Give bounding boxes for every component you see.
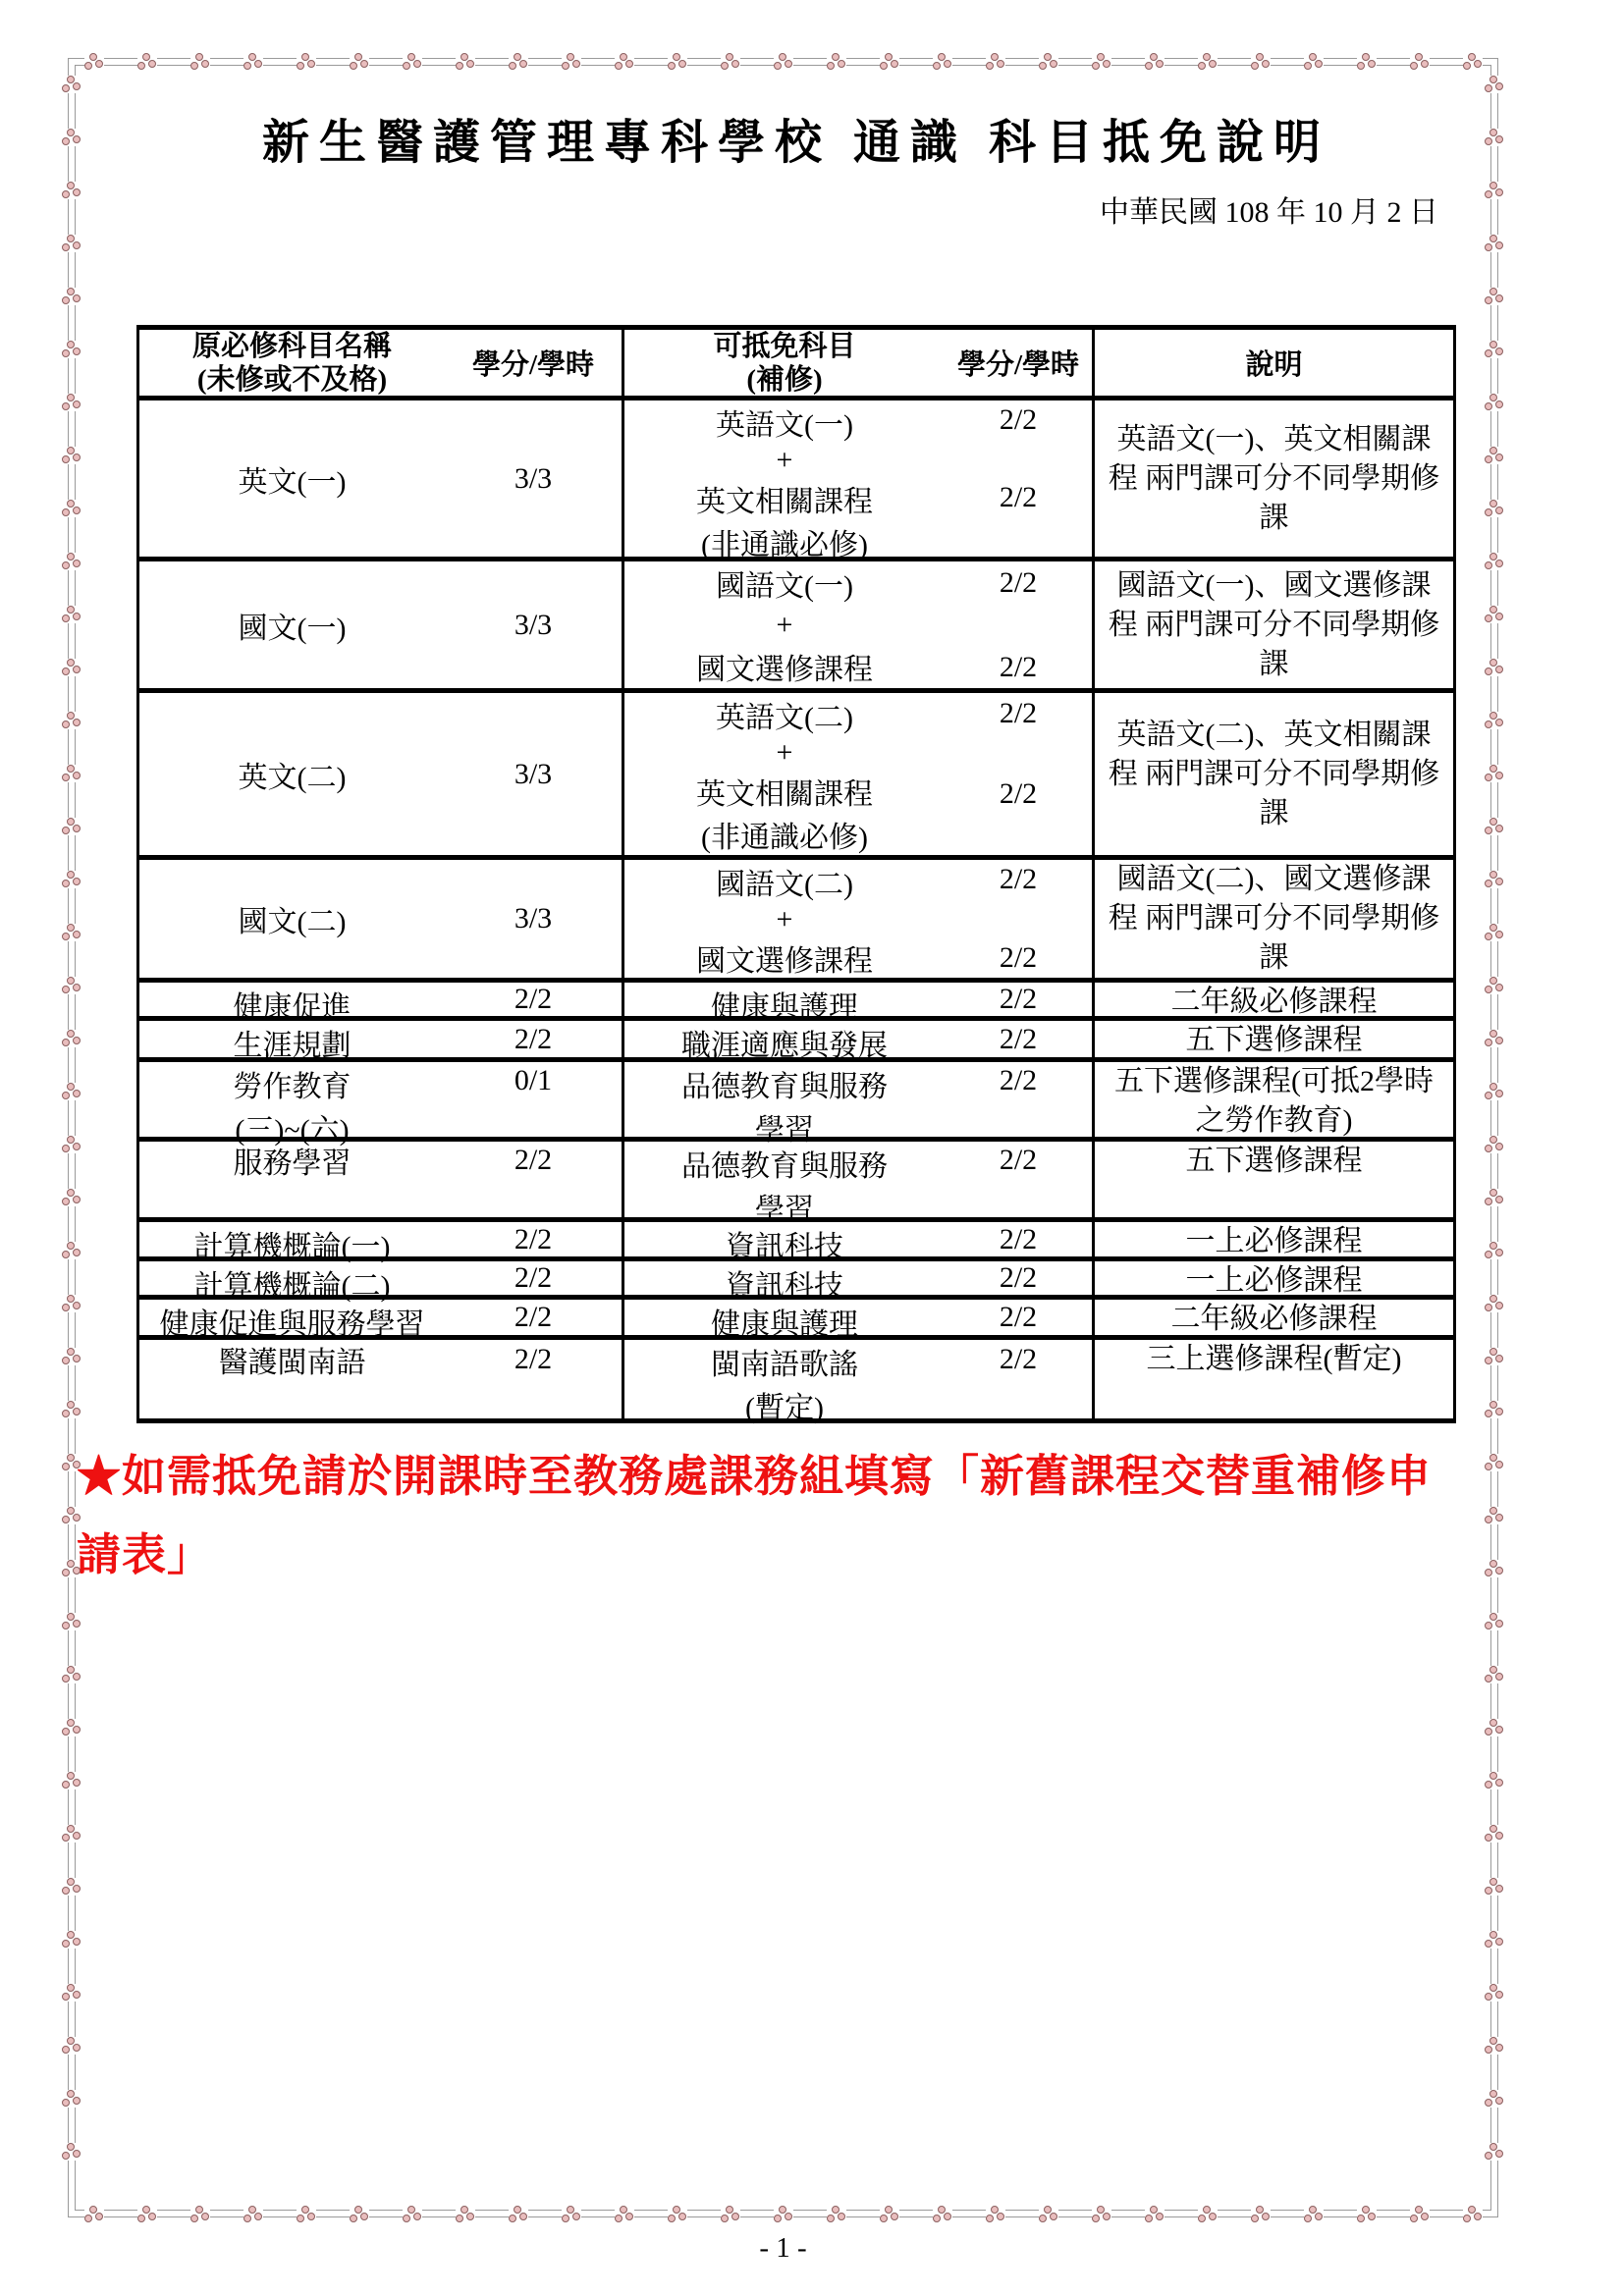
flower-dots-ornament	[1251, 2206, 1271, 2223]
ornament-dot	[190, 2215, 198, 2222]
header-credits-hours-1: 學分/學時	[445, 330, 622, 396]
original-course-cell: 服務學習	[139, 1142, 445, 1217]
ornament-dot	[1485, 243, 1492, 251]
footnote: ★如需抵免請於開課時至教務處課務組填寫「新舊課程交替重補修申請表」	[77, 1437, 1453, 1594]
flower-dots-ornament	[1485, 1507, 1504, 1524]
replacement-course-cell: 英語文(一)+英文相關課程(非通識必修)	[624, 400, 945, 557]
ornament-dot	[1485, 1357, 1492, 1364]
ornament-dot	[731, 2213, 739, 2220]
ornament-dot	[997, 2213, 1004, 2220]
flower-dots-ornament	[350, 2206, 369, 2223]
ornament-dot	[1495, 1355, 1503, 1362]
replacement-credits: 2/2	[945, 561, 1092, 604]
ornament-dot	[73, 1620, 81, 1628]
original-course-cell: 國文(一)	[139, 561, 445, 688]
flower-dots-ornament	[62, 659, 81, 676]
flower-dots-ornament	[62, 1666, 81, 1683]
flower-dots-ornament	[62, 182, 81, 199]
header-original-course-line2: (未修或不及格)	[139, 363, 445, 397]
ornament-dot	[62, 1569, 70, 1576]
ornament-dot	[456, 2215, 463, 2222]
flower-dots-ornament	[1485, 659, 1504, 676]
ornament-dot	[1495, 82, 1503, 90]
ornament-dot	[1495, 825, 1503, 832]
page-content: 新生醫護管理專科學校 通識 科目抵免說明 中華民國 108 年 10 月 2 日…	[136, 0, 1456, 1594]
ornament-dot	[73, 507, 81, 514]
ornament-dot	[827, 2215, 835, 2222]
original-credits-cell: 2/2	[445, 983, 622, 1016]
ornament-dot	[1145, 2215, 1153, 2222]
ornament-dot	[1495, 1779, 1503, 1787]
original-credits-cell: 2/2	[445, 1142, 622, 1217]
flower-dots-ornament	[1485, 235, 1504, 252]
replacement-course-cell: 健康與護理	[624, 983, 945, 1016]
flower-dots-ornament	[84, 53, 104, 71]
ornament-dot	[1039, 2215, 1047, 2222]
ornament-dot	[1495, 613, 1503, 620]
ornament-dot	[62, 84, 70, 92]
flower-dots-ornament	[62, 1878, 81, 1896]
ornament-dot	[1485, 1516, 1492, 1523]
flower-dots-ornament	[62, 553, 81, 570]
ornament-dot	[1050, 2213, 1057, 2220]
ornament-dot	[73, 135, 81, 143]
ornament-dot	[1368, 2213, 1376, 2220]
flower-dots-ornament	[1485, 1666, 1504, 1683]
flower-dots-ornament	[562, 2206, 581, 2223]
ornament-dot	[1485, 561, 1492, 569]
ornament-dot	[1485, 1251, 1492, 1258]
flower-dots-ornament	[62, 871, 81, 888]
ornament-dot	[62, 1145, 70, 1152]
ornament-dot	[1474, 60, 1482, 68]
flower-dots-ornament	[62, 1401, 81, 1418]
ornament-dot	[1485, 1781, 1492, 1789]
replacement-course-name: 資訊科技	[624, 1261, 945, 1305]
row-description: 二年級必修課程	[1095, 983, 1453, 1022]
ornament-dot	[73, 613, 81, 620]
flower-dots-ornament	[668, 2206, 687, 2223]
ornament-dot	[73, 1779, 81, 1787]
ornament-dot	[1463, 2215, 1471, 2222]
ornament-dot	[62, 933, 70, 940]
ornament-dot	[838, 2213, 845, 2220]
ornament-dot	[1463, 62, 1471, 70]
original-credits: 2/2	[445, 1021, 622, 1057]
replacement-credits: 2/2	[945, 1261, 1092, 1295]
replacement-course-name: +	[624, 736, 945, 770]
replacement-course-name: 英語文(一)	[624, 400, 945, 444]
header-replacement-course-line2: (補修)	[624, 363, 945, 397]
ornament-dot	[62, 1039, 70, 1046]
flower-dots-ornament	[1485, 394, 1504, 411]
replacement-credits: 2/2	[945, 400, 1092, 440]
ornament-dot	[1485, 1569, 1492, 1576]
ornament-dot	[201, 2213, 209, 2220]
replacement-course-name: 英文相關課程	[624, 770, 945, 813]
flower-dots-ornament	[1485, 1772, 1504, 1789]
flower-dots-ornament	[62, 1030, 81, 1047]
row-description: 三上選修課程(暫定)	[1095, 1340, 1453, 1379]
flower-dots-ornament	[62, 818, 81, 835]
original-credits: 3/3	[445, 462, 622, 496]
ornament-dot	[1485, 880, 1492, 887]
ornament-dot	[73, 1302, 81, 1309]
ornament-dot	[1485, 1198, 1492, 1205]
flower-dots-ornament	[1092, 2206, 1111, 2223]
ornament-dot	[1209, 2213, 1217, 2220]
ornament-dot	[1485, 667, 1492, 675]
replacement-course-name: 國文選修課程	[624, 645, 945, 688]
ornament-dot	[519, 2213, 527, 2220]
ornament-dot	[944, 2213, 951, 2220]
flower-dots-ornament	[880, 2206, 899, 2223]
original-course-name: 服務學習	[139, 1142, 445, 1180]
row-description: 英語文(二)、英文相關課程 兩門課可分不同學期修課	[1095, 716, 1453, 833]
replacement-course-name: 資訊科技	[624, 1222, 945, 1265]
ornament-dot	[1495, 772, 1503, 779]
ornament-dot	[1495, 1726, 1503, 1734]
ornament-dot	[1485, 774, 1492, 781]
ornament-dot	[1198, 2215, 1206, 2222]
flower-dots-ornament	[1485, 871, 1504, 888]
flower-dots-ornament	[1485, 1401, 1504, 1418]
ornament-dot	[1495, 1143, 1503, 1150]
ornament-dot	[62, 827, 70, 834]
row-description-cell: 國語文(二)、國文選修課程 兩門課可分不同學期修課	[1095, 860, 1453, 978]
ornament-dot	[73, 2150, 81, 2158]
ornament-dot	[62, 2099, 70, 2107]
ornament-dot	[62, 1410, 70, 1417]
row-description: 五下選修課程	[1095, 1142, 1453, 1181]
ornament-dot	[62, 190, 70, 198]
original-course-cell: 生涯規劃	[139, 1021, 445, 1057]
course-row: 英文(二)3/3英語文(二)+英文相關課程(非通識必修)2/22/2英語文(二)…	[139, 693, 1453, 860]
ornament-dot	[62, 2152, 70, 2160]
original-credits: 2/2	[445, 1261, 622, 1295]
ornament-dot	[62, 1251, 70, 1258]
flower-dots-ornament	[1485, 1825, 1504, 1842]
replacement-course-name: (非通識必修)	[624, 520, 945, 563]
ornament-dot	[1495, 400, 1503, 408]
replacement-course-name: (非通識必修)	[624, 813, 945, 856]
row-description-cell: 一上必修課程	[1095, 1261, 1453, 1295]
original-course-name: 英文(二)	[139, 753, 445, 796]
flower-dots-ornament	[62, 1772, 81, 1789]
ornament-dot	[891, 2213, 898, 2220]
ornament-dot	[62, 1463, 70, 1470]
replacement-credits-cell: 2/2	[945, 983, 1092, 1016]
flower-dots-ornament	[62, 1295, 81, 1312]
ornament-dot	[1485, 402, 1492, 410]
ornament-dot	[572, 2213, 580, 2220]
ornament-dot	[668, 2215, 676, 2222]
flower-dots-ornament	[62, 394, 81, 411]
ornament-dot	[1485, 1304, 1492, 1311]
ornament-dot	[62, 1728, 70, 1735]
ornament-dot	[62, 1675, 70, 1682]
original-course-name: 英文(一)	[139, 457, 445, 501]
flower-dots-ornament	[456, 2206, 475, 2223]
ornament-dot	[95, 60, 103, 68]
ornament-dot	[62, 1834, 70, 1842]
original-course-name: 生涯規劃	[139, 1021, 445, 1064]
ornament-dot	[1495, 984, 1503, 991]
ornament-dot	[73, 1408, 81, 1415]
flower-dots-ornament	[62, 765, 81, 782]
ornament-dot	[360, 2213, 368, 2220]
flower-dots-ornament	[62, 606, 81, 623]
ornament-dot	[1495, 1620, 1503, 1628]
ornament-dot	[1495, 931, 1503, 938]
ornament-dot	[73, 825, 81, 832]
flower-dots-ornament	[774, 2206, 793, 2223]
flower-dots-ornament	[297, 2206, 316, 2223]
ornament-dot	[413, 2213, 421, 2220]
ornament-dot	[1495, 347, 1503, 355]
ornament-dot	[1485, 455, 1492, 463]
flower-dots-ornament	[1485, 1348, 1504, 1365]
original-course-name: 健康促進	[139, 983, 445, 1026]
row-description: 一上必修課程	[1095, 1222, 1453, 1261]
flower-dots-ornament	[1485, 1931, 1504, 1949]
flower-dots-ornament	[1485, 1189, 1504, 1206]
replacement-course-cell: 品德教育與服務學習	[624, 1142, 945, 1217]
replacement-credits-cell: 2/22/2	[945, 860, 1092, 978]
ornament-dot	[1485, 1039, 1492, 1046]
ornament-dot	[73, 1938, 81, 1946]
replacement-credits-cell: 2/2	[945, 1222, 1092, 1256]
original-credits-cell: 2/2	[445, 1300, 622, 1335]
flower-dots-ornament	[1485, 1719, 1504, 1736]
course-row: 計算機概論(一)2/2資訊科技2/2一上必修課程	[139, 1222, 1453, 1261]
replacement-course-name: 閩南語歌謠	[624, 1340, 945, 1383]
replacement-credits: 2/2	[945, 693, 1092, 733]
original-course-cell: 健康促進	[139, 983, 445, 1016]
flower-dots-ornament	[1463, 2206, 1483, 2223]
ornament-dot	[1495, 1991, 1503, 1999]
replacement-credits-cell: 2/22/2	[945, 693, 1092, 855]
ornament-dot	[73, 294, 81, 302]
row-description: 二年級必修課程	[1095, 1300, 1453, 1339]
ornament-dot	[1485, 508, 1492, 516]
original-credits: 2/2	[445, 1142, 622, 1180]
row-description-cell: 二年級必修課程	[1095, 1300, 1453, 1335]
ornament-dot	[1357, 2215, 1365, 2222]
replacement-credits: 2/2	[945, 1222, 1092, 1256]
flower-dots-ornament	[62, 2090, 81, 2108]
original-credits-cell: 0/1	[445, 1062, 622, 1137]
ornament-dot	[1485, 1728, 1492, 1735]
document-page: { "page": { "title": "新生醫護管理專科學校 通識 科目抵免…	[0, 0, 1624, 2296]
ornament-dot	[785, 2213, 792, 2220]
ornament-dot	[73, 1196, 81, 1203]
ornament-dot	[774, 2215, 782, 2222]
flower-dots-ornament	[62, 76, 81, 93]
replacement-credits-cell: 2/2	[945, 1300, 1092, 1335]
ornament-dot	[1485, 1887, 1492, 1895]
replacement-course-name: 品德教育與服務	[624, 1142, 945, 1185]
replacement-credits: 2/2	[945, 938, 1092, 978]
flower-dots-ornament	[62, 341, 81, 358]
ornament-dot	[62, 721, 70, 728]
ornament-dot	[73, 2097, 81, 2105]
ornament-dot	[1485, 1463, 1492, 1470]
ornament-dot	[73, 1991, 81, 1999]
flower-dots-ornament	[62, 1136, 81, 1153]
ornament-dot	[986, 2215, 994, 2222]
replacement-course-cell: 健康與護理	[624, 1300, 945, 1335]
course-row: 國文(一)3/3國語文(一)+國文選修課程2/22/2國語文(一)、國文選修課程…	[139, 561, 1453, 693]
replacement-credits: 2/2	[945, 983, 1092, 1016]
flower-dots-ornament	[1485, 553, 1504, 570]
flower-dots-ornament	[62, 1348, 81, 1365]
ornament-dot	[1495, 719, 1503, 726]
ornament-dot	[1262, 2213, 1270, 2220]
replacement-credits: 2/2	[945, 1142, 1092, 1180]
flower-dots-ornament	[62, 2037, 81, 2055]
ornament-dot	[1485, 721, 1492, 728]
ornament-dot	[1251, 2215, 1259, 2222]
replacement-credits: 2/2	[945, 479, 1092, 518]
ornament-dot	[73, 2044, 81, 2052]
replacement-credits-cell: 2/2	[945, 1062, 1092, 1137]
original-credits: 0/1	[445, 1062, 622, 1099]
course-row: 健康促進與服務學習2/2健康與護理2/2二年級必修課程	[139, 1300, 1453, 1340]
replacement-credits: 2/2	[945, 860, 1092, 899]
flower-dots-ornament	[1198, 2206, 1218, 2223]
flower-dots-ornament	[1485, 2090, 1504, 2108]
ornament-dot	[84, 62, 92, 70]
replacement-course-name: 職涯適應與發展	[624, 1021, 945, 1064]
replacement-course-name: +	[624, 605, 945, 645]
ornament-dot	[73, 400, 81, 408]
ornament-dot	[62, 508, 70, 516]
flower-dots-ornament	[1485, 818, 1504, 835]
ornament-dot	[73, 241, 81, 249]
ornament-dot	[1485, 1993, 1492, 2001]
original-credits: 2/2	[445, 1222, 622, 1256]
original-course-name: 健康促進與服務學習	[139, 1300, 445, 1343]
flower-dots-ornament	[1485, 447, 1504, 464]
replacement-course-name: 國語文(二)	[624, 860, 945, 903]
original-course-cell: 國文(二)	[139, 860, 445, 978]
ornament-dot	[1495, 1302, 1503, 1309]
ornament-dot	[1485, 190, 1492, 198]
ornament-dot	[62, 2046, 70, 2054]
flower-dots-ornament	[933, 2206, 952, 2223]
ornament-dot	[62, 1940, 70, 1948]
header-description: 說明	[1095, 330, 1453, 396]
original-credits-cell: 2/2	[445, 1021, 622, 1057]
flower-dots-ornament	[1485, 76, 1504, 93]
ornament-dot	[73, 1143, 81, 1150]
original-credits: 2/2	[445, 1340, 622, 1379]
ornament-dot	[1495, 294, 1503, 302]
ornament-dot	[1495, 507, 1503, 514]
ornament-dot	[73, 82, 81, 90]
flower-dots-ornament	[1039, 2206, 1058, 2223]
ornament-dot	[1485, 2152, 1492, 2160]
ornament-dot	[73, 560, 81, 567]
original-credits-cell: 3/3	[445, 860, 622, 978]
ornament-dot	[1495, 1249, 1503, 1256]
flower-dots-ornament	[1485, 182, 1504, 199]
ornament-dot	[880, 2215, 888, 2222]
ornament-dot	[62, 986, 70, 993]
ornament-dot	[1495, 1461, 1503, 1468]
ornament-dot	[73, 719, 81, 726]
page-title: 新生醫護管理專科學校 通識 科目抵免說明	[136, 104, 1456, 172]
ornament-dot	[297, 2215, 304, 2222]
ornament-dot	[1495, 2150, 1503, 2158]
row-description-cell: 三上選修課程(暫定)	[1095, 1340, 1453, 1418]
row-description-cell: 英語文(二)、英文相關課程 兩門課可分不同學期修課	[1095, 693, 1453, 855]
flower-dots-ornament	[1485, 606, 1504, 623]
ornament-dot	[62, 1622, 70, 1629]
replacement-course-name: 英語文(二)	[624, 693, 945, 736]
row-description-cell: 國語文(一)、國文選修課程 兩門課可分不同學期修課	[1095, 561, 1453, 688]
ornament-dot	[1495, 1832, 1503, 1840]
flower-dots-ornament	[62, 235, 81, 252]
flower-dots-ornament	[62, 447, 81, 464]
ornament-dot	[1495, 188, 1503, 196]
ornament-dot	[244, 2215, 251, 2222]
original-credits: 2/2	[445, 983, 622, 1016]
ornament-dot	[1485, 1675, 1492, 1682]
ornament-dot	[562, 2215, 569, 2222]
ornament-dot	[509, 2215, 516, 2222]
ornament-dot	[1485, 986, 1492, 993]
ornament-dot	[1485, 1410, 1492, 1417]
flower-dots-ornament	[62, 1719, 81, 1736]
ornament-dot	[62, 1357, 70, 1364]
ornament-dot	[62, 1887, 70, 1895]
ornament-dot	[73, 1037, 81, 1044]
ornament-dot	[73, 931, 81, 938]
flower-dots-ornament	[62, 1189, 81, 1206]
row-description-cell: 英語文(一)、英文相關課程 兩門課可分不同學期修課	[1095, 400, 1453, 557]
replacement-credits-cell: 2/22/2	[945, 561, 1092, 688]
ornament-dot	[73, 347, 81, 355]
ornament-dot	[62, 774, 70, 781]
ornament-dot	[1092, 2215, 1100, 2222]
flower-dots-ornament	[1463, 53, 1483, 71]
ornament-dot	[350, 2215, 357, 2222]
flower-dots-ornament	[62, 1931, 81, 1949]
original-course-name: 計算機概論(二)	[139, 1261, 445, 1305]
original-course-name: 國文(二)	[139, 897, 445, 940]
course-row: 國文(二)3/3國語文(二)+國文選修課程2/22/2國語文(二)、國文選修課程…	[139, 860, 1453, 983]
ornament-dot	[1495, 241, 1503, 249]
original-course-name: 國文(一)	[139, 604, 445, 647]
ornament-dot	[73, 666, 81, 673]
header-original-course-line1: 原必修科目名稱	[139, 330, 445, 363]
flower-dots-ornament	[827, 2206, 846, 2223]
original-credits-cell: 3/3	[445, 561, 622, 688]
ornament-dot	[62, 137, 70, 145]
ornament-dot	[137, 2215, 145, 2222]
replacement-course-cell: 職涯適應與發展	[624, 1021, 945, 1057]
ornament-dot	[615, 2215, 623, 2222]
flower-dots-ornament	[190, 2206, 210, 2223]
replacement-course-name: +	[624, 903, 945, 936]
ornament-dot	[1485, 614, 1492, 622]
ornament-dot	[1495, 135, 1503, 143]
replacement-credits: 2/2	[945, 1340, 1092, 1379]
ornament-dot	[62, 880, 70, 887]
course-row: 英文(一)3/3英語文(一)+英文相關課程(非通識必修)2/22/2英語文(一)…	[139, 400, 1453, 561]
